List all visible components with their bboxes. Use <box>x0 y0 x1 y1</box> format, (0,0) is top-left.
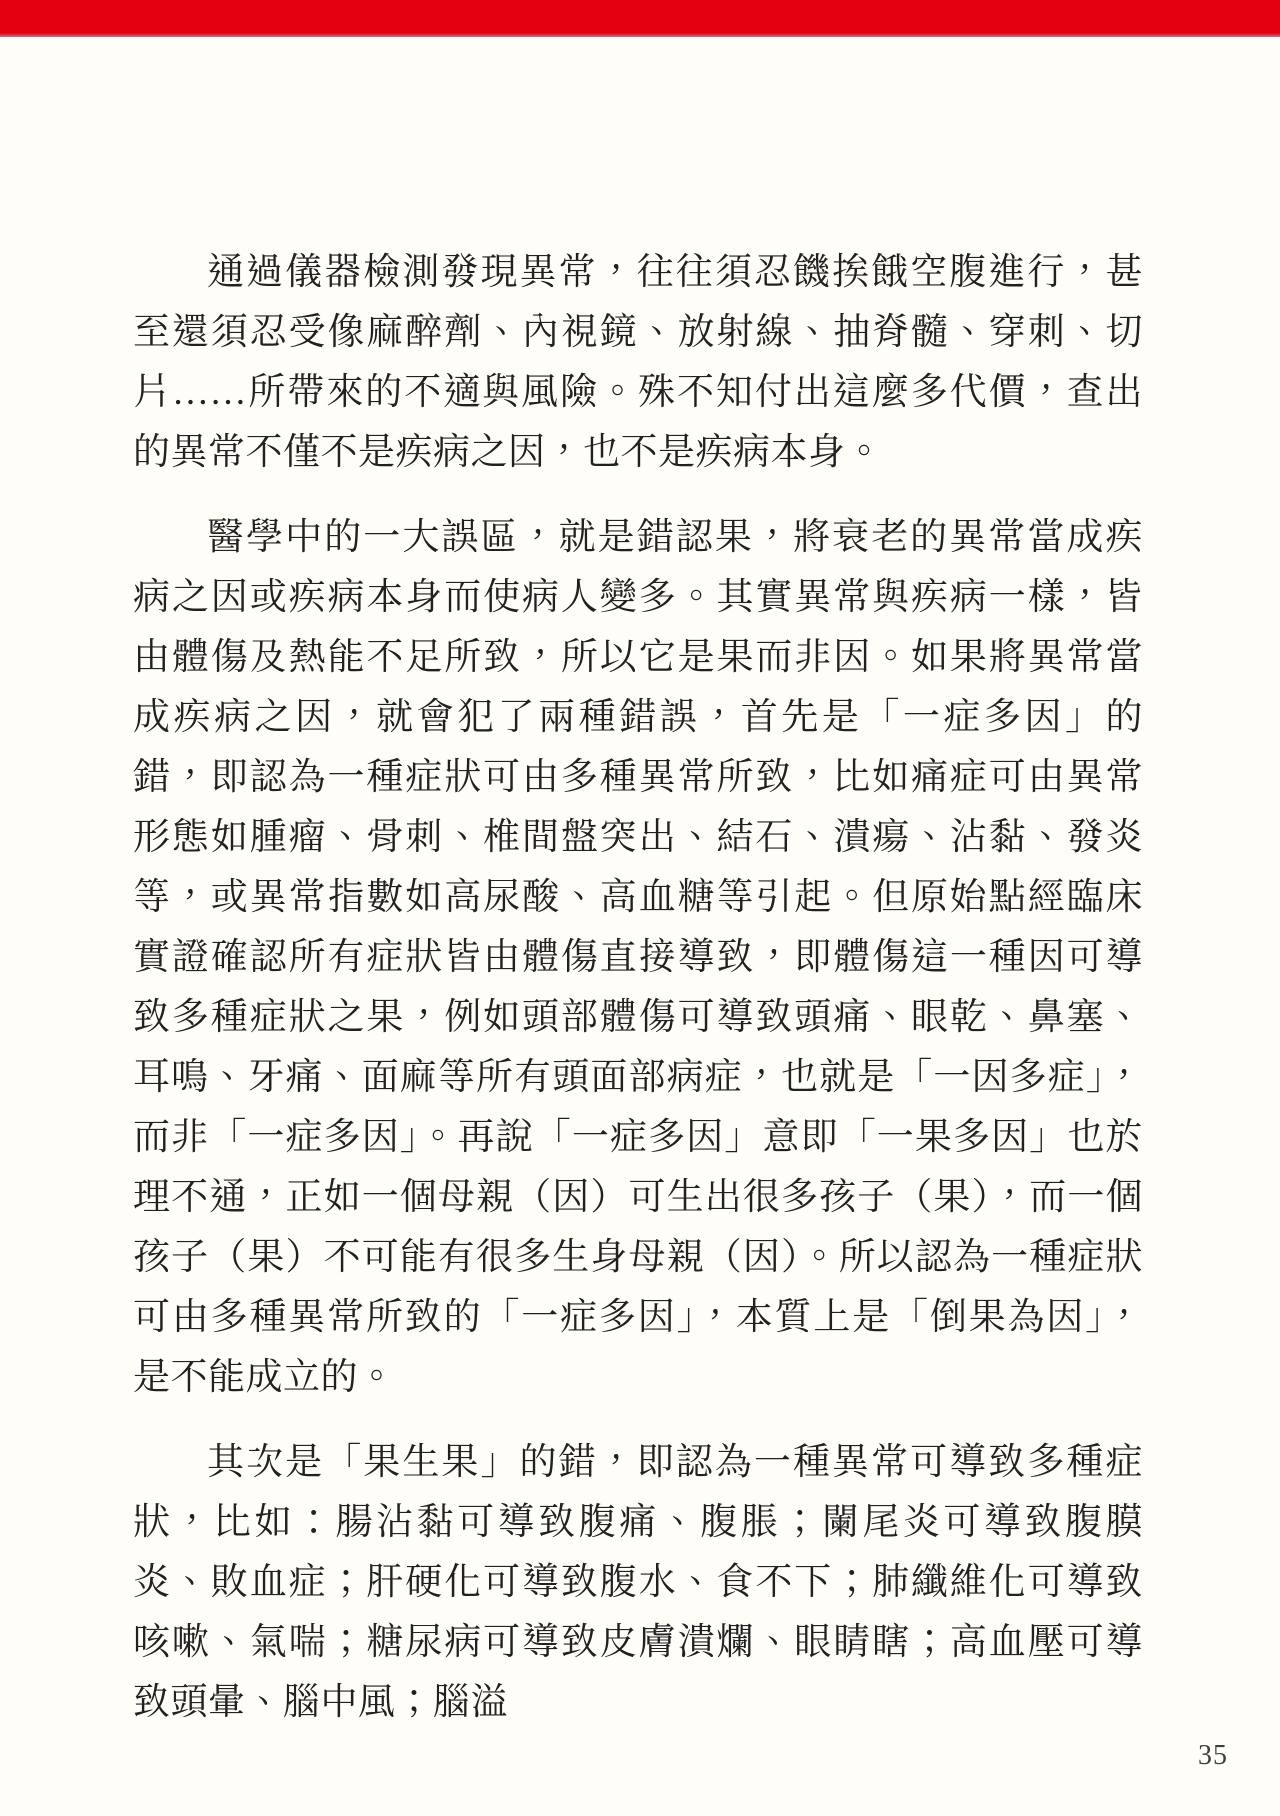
paragraph-2: 醫學中的一大誤區，就是錯認果，將衰老的異常當成疾病之因或疾病本身而使病人變多。其… <box>133 508 1143 1408</box>
paragraph-3: 其次是「果生果」的錯，即認為一種異常可導致多種症狀，比如：腸沾黏可導致腹痛、腹脹… <box>133 1433 1143 1733</box>
page-number: 35 <box>1198 1740 1228 1772</box>
page-body: 通過儀器檢測發現異常，往往須忍饑挨餓空腹進行，甚至還須忍受像麻醉劑、內視鏡、放射… <box>133 243 1143 1733</box>
top-red-bar <box>0 0 1280 37</box>
paragraph-1: 通過儀器檢測發現異常，往往須忍饑挨餓空腹進行，甚至還須忍受像麻醉劑、內視鏡、放射… <box>133 243 1143 483</box>
book-page: 通過儀器檢測發現異常，往往須忍饑挨餓空腹進行，甚至還須忍受像麻醉劑、內視鏡、放射… <box>0 0 1280 1816</box>
